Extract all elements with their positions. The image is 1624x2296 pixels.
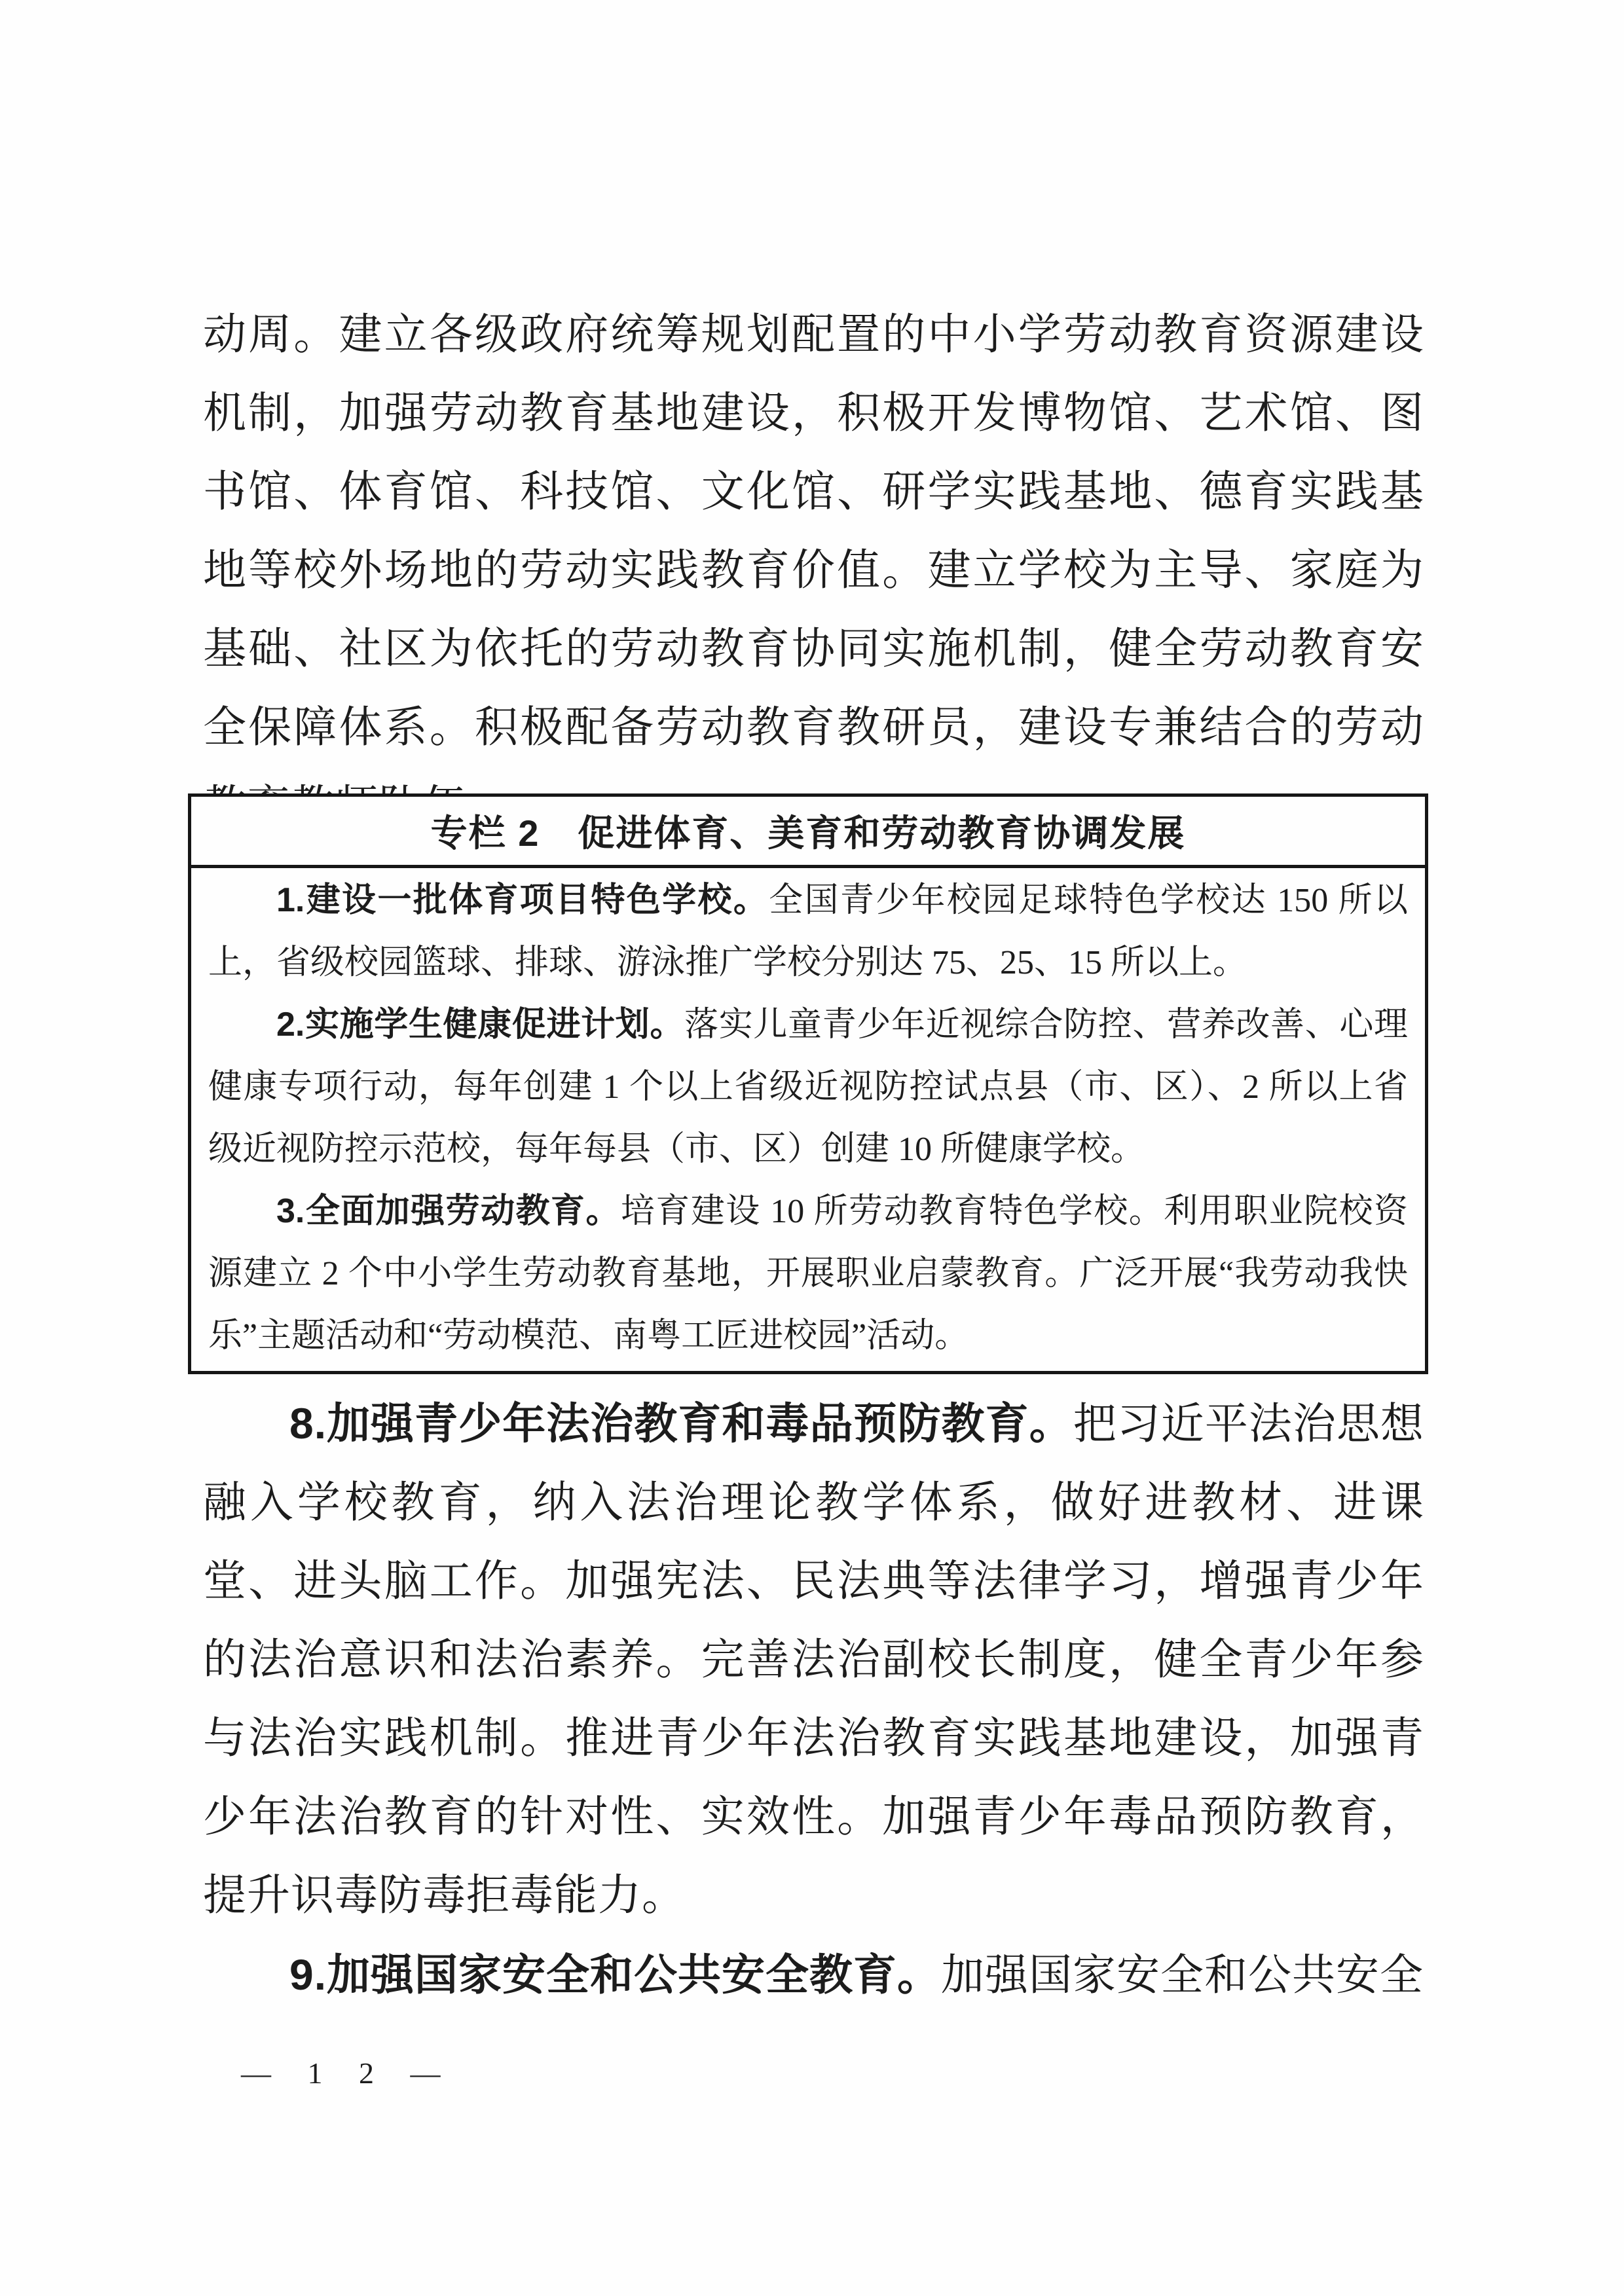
- column-box-title: 专栏 2 促进体育、美育和劳动教育协调发展: [191, 797, 1425, 868]
- column-box: 专栏 2 促进体育、美育和劳动教育协调发展 1.建设一批体育项目特色学校。全国青…: [188, 793, 1428, 1374]
- box-item-1-lead: 1.建设一批体育项目特色学校。: [276, 881, 769, 919]
- paragraph-9-lead: 9.加强国家安全和公共安全教育。: [289, 1950, 941, 1999]
- paragraph-continuation: 动周。建立各级政府统筹规划配置的中小学劳动教育资源建设机制，加强劳动教育基地建设…: [203, 296, 1424, 846]
- paragraph-continuation-block: 动周。建立各级政府统筹规划配置的中小学劳动教育资源建设机制，加强劳动教育基地建设…: [203, 296, 1424, 846]
- box-item-2: 2.实施学生健康促进计划。落实儿童青少年近视综合防控、营养改善、心理健康专项行动…: [208, 994, 1408, 1180]
- paragraph-continuation-text: 动周。建立各级政府统筹规划配置的中小学劳动教育资源建设机制，加强劳动教育基地建设…: [203, 311, 1424, 830]
- paragraph-8-text: 把习近平法治思想融入学校教育，纳入法治理论教学体系，做好进教材、进课堂、进头脑工…: [203, 1400, 1424, 1920]
- paragraph-9: 9.加强国家安全和公共安全教育。加强国家安全和公共安全: [203, 1935, 1424, 2015]
- box-item-3: 3.全面加强劳动教育。培育建设 10 所劳动教育特色学校。利用职业院校资源建立 …: [208, 1180, 1408, 1367]
- paragraph-8: 8.加强青少年法治教育和毒品预防教育。把习近平法治思想融入学校教育，纳入法治理论…: [203, 1384, 1424, 1935]
- paragraph-8-lead: 8.加强青少年法治教育和毒品预防教育。: [289, 1399, 1073, 1448]
- document-page: 动周。建立各级政府统筹规划配置的中小学劳动教育资源建设机制，加强劳动教育基地建设…: [0, 0, 1624, 2296]
- page-number: — 1 2 —: [241, 2056, 455, 2090]
- box-item-3-lead: 3.全面加强劳动教育。: [276, 1192, 621, 1230]
- column-box-body: 1.建设一批体育项目特色学校。全国青少年校园足球特色学校达 150 所以上，省级…: [191, 868, 1425, 1371]
- bottom-paragraphs-block: 8.加强青少年法治教育和毒品预防教育。把习近平法治思想融入学校教育，纳入法治理论…: [203, 1384, 1424, 2015]
- paragraph-9-text: 加强国家安全和公共安全: [941, 1952, 1424, 1999]
- box-item-1: 1.建设一批体育项目特色学校。全国青少年校园足球特色学校达 150 所以上，省级…: [208, 869, 1408, 994]
- box-item-2-lead: 2.实施学生健康促进计划。: [276, 1006, 684, 1044]
